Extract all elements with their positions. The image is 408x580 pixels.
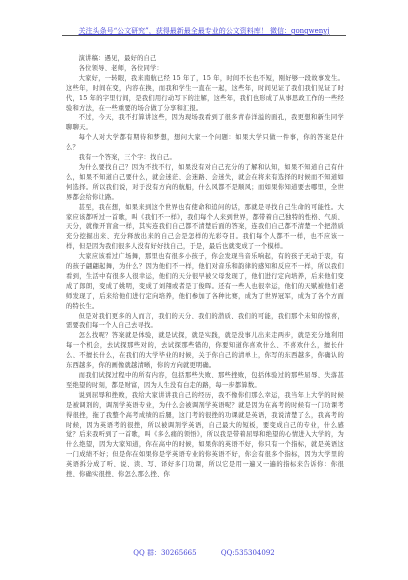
paragraph: 甚至，我在想，如果来到这个世界也有使命和追问的话，那就是寻找自己生命的可能性。大… [66, 203, 344, 253]
paragraph: 大家应该看过广场舞，那里也有很多小孩子，你会发现当音乐响起，有的孩子无动于衷，有… [66, 252, 344, 311]
document-body: 演讲稿：遇见，最好的自己 各位领导、老师，各位同学： 大家好，一转眼，我来南航已… [66, 54, 344, 480]
header-divider [62, 35, 346, 36]
paragraph: 为什么要找自己？因为不找不行，如果没有对自己充分的了解和认知，如果不知道自己有什… [66, 163, 344, 203]
speech-title: 演讲稿：遇见，最好的自己 [66, 54, 344, 64]
paragraph: 但是对我们更多的人而言，我们的天分、我们的潜质、我们的可能，我们那个未知的惊喜，… [66, 312, 344, 332]
salutation: 各位领导、老师，各位同学： [66, 64, 344, 74]
paragraph: 我有一个答案，三个字：找自己。 [66, 153, 344, 163]
paragraph: 每个人对大学都有期待和梦想，想问大家一个问题：如果大学只做一件事，你的答案是什么… [66, 133, 344, 153]
qq-number: QQ:535304092 [221, 549, 275, 557]
paragraph: 说到屈辱和挫败，我给大家讲讲我自己的经历，我不像你们那么幸运，我当年上大学的时候… [66, 391, 344, 480]
paragraph: 不过，今天，我不打算讲这些，因为现场我看到了很多青春洋溢的面孔，我更想和新生同学… [66, 113, 344, 133]
footer-contact: QQ 群：30265665 QQ:535304092 [0, 548, 408, 558]
paragraph: 大家好，一转眼，我来南航已经 15 年了，15 年，时间不长也不短，刚好够一段故… [66, 74, 344, 114]
paragraph: 而我们试探过程中的所有内容，包括那些失败、那些挫败，包括体验过的那些屈辱、失落甚… [66, 371, 344, 391]
qq-group: QQ 群：30265665 [133, 549, 196, 557]
paragraph: 怎么找呢？答案就是体验，就是试探，就是实践，就是没事儿出来走两步，就是充分地利用… [66, 331, 344, 371]
